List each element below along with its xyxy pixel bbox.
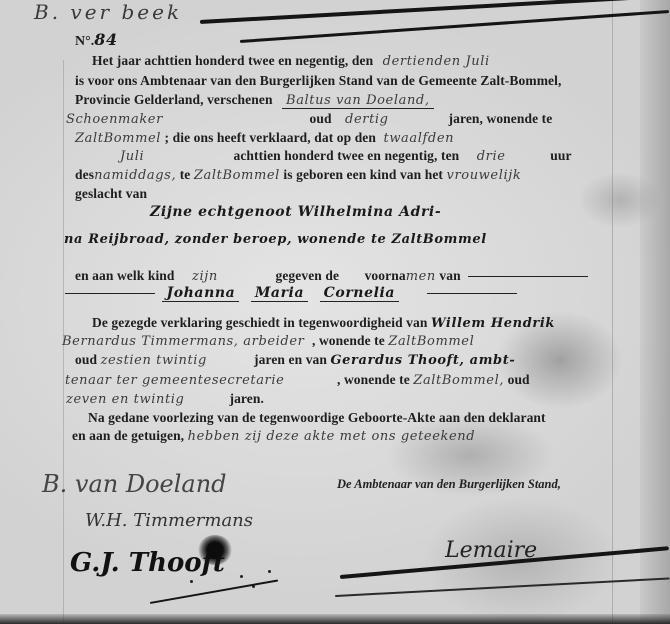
handwritten-sex: vrouwelijk: [447, 168, 522, 183]
handwritten-birth-day: twaalfden: [384, 131, 455, 146]
text-line-16: tenaar ter gemeentesecretarie, wonende t…: [65, 372, 530, 388]
handwritten-birth-month: Juli: [120, 149, 230, 164]
text-line-7: desnamiddags, te ZaltBommel is geboren e…: [75, 167, 521, 183]
handwritten-witness-2-name: Gerardus Thooft, ambt-: [330, 353, 515, 368]
handwritten-witness-1-occupation: Bernardus Timmermans, arbeider: [62, 334, 312, 349]
scanned-birth-certificate: B. ver beek N°.84 Het jaar achttien hond…: [0, 0, 670, 624]
printed-text: oud: [75, 352, 97, 367]
officer-caption: De Ambtenaar van den Burgerlijken Stand,: [337, 477, 561, 492]
ink-speck: [240, 575, 243, 578]
handwritten-birth-place: ZaltBommel: [194, 168, 280, 183]
printed-text: oud: [309, 111, 331, 126]
printed-text: is geboren een kind van het: [283, 167, 443, 182]
ink-stroke: [150, 579, 278, 604]
text-line-14: Bernardus Timmermans, arbeider, wonende …: [62, 333, 474, 349]
text-line-17: zeven en twintig jaren.: [66, 391, 264, 407]
ink-speck: [190, 580, 193, 583]
handwritten-witness-2-residence: ZaltBommel,: [413, 373, 504, 388]
printed-text: , wonende te: [312, 333, 385, 348]
ink-blot: [198, 535, 232, 565]
handwritten-signing-clause: hebben zij deze akte met ons geteekend: [188, 429, 476, 444]
printed-text: , wonende te: [337, 372, 410, 387]
text-line-4: Schoenmaker oud dertig jaren, wonende te: [66, 111, 552, 127]
printed-text: Na gedane voorlezing van de tegenwoordig…: [88, 410, 546, 425]
handwritten-declarant-name: Baltus van Doeland,: [282, 93, 434, 109]
ink-flourish-bottom-2: [335, 577, 670, 597]
record-number: N°.84: [75, 30, 118, 50]
text-line-8: geslacht van: [75, 186, 147, 202]
signature-witness-1: W.H. Timmermans: [85, 510, 253, 531]
ink-flourish-top: [200, 0, 669, 24]
number-value: 84: [94, 30, 117, 49]
text-line-19: en aan de getuigen, hebben zij deze akte…: [72, 428, 475, 444]
printed-text: voorna: [365, 268, 406, 283]
scan-edge-shadow: [0, 614, 670, 624]
handwritten-age: dertig: [345, 112, 445, 127]
printed-text: achttien honderd twee en negentig, ten: [233, 148, 459, 163]
given-name-3: Cornelia: [320, 285, 399, 302]
handwritten-date: dertienden Juli: [383, 54, 490, 69]
handwritten-birth-hour: drie: [477, 149, 547, 164]
given-names-line: Johanna Maria Cornelia: [65, 285, 517, 301]
signature-declarant: B. van Doeland: [42, 470, 227, 498]
printed-text: Het jaar achttien honderd twee en negent…: [92, 53, 373, 68]
printed-text: is voor ons Ambtenaar van den Burgerlijk…: [75, 73, 561, 88]
printed-text: van: [439, 268, 460, 283]
text-line-18: Na gedane voorlezing van de tegenwoordig…: [88, 410, 546, 426]
handwritten-witness-2-occupation: tenaar ter gemeentesecretarie: [65, 373, 337, 388]
printed-text: en aan welk kind: [75, 268, 175, 283]
page-fold-shadow: [640, 0, 670, 624]
text-line-11: en aan welk kind zijn gegeven de voornam…: [75, 268, 588, 284]
printed-text: oud: [508, 372, 530, 387]
handwritten-time-of-day: namiddags,: [94, 168, 176, 183]
blank-rule: [427, 293, 517, 294]
given-name-2: Maria: [251, 285, 308, 302]
printed-text: jaren.: [229, 391, 263, 406]
handwritten-mother-line-1: Zijne echtgenoot Wilhelmina Adri-: [150, 204, 441, 220]
printed-text: gegeven de: [275, 268, 339, 283]
printed-text: geslacht van: [75, 186, 147, 201]
text-line-13: De gezegde verklaring geschiedt in tegen…: [92, 315, 555, 331]
printed-text: uur: [550, 148, 571, 163]
handwritten-witness-1-name: Willem Hendrik: [431, 316, 555, 331]
text-line-5: ZaltBommel ; die ons heeft verklaard, da…: [75, 130, 454, 146]
right-margin-rule: [612, 0, 613, 624]
handwritten-witness-2-age: zeven en twintig: [66, 392, 226, 407]
handwritten-witness-1-age: zestien twintig: [101, 353, 251, 368]
text-line-2: is voor ons Ambtenaar van den Burgerlijk…: [75, 73, 561, 89]
handwritten-suffix: men: [406, 269, 436, 284]
printed-text: Provincie Gelderland, verschenen: [75, 92, 273, 107]
printed-text: De gezegde verklaring geschiedt in tegen…: [92, 315, 427, 330]
text-line-6: Juli achttien honderd twee en negentig, …: [120, 148, 572, 164]
blank-rule: [468, 276, 588, 277]
printed-text: ; die ons heeft verklaard, dat op den: [165, 130, 376, 145]
given-name-1: Johanna: [162, 285, 239, 302]
text-line-1: Het jaar achttien honderd twee en negent…: [92, 53, 490, 69]
printed-text: jaren en van: [254, 352, 327, 367]
handwritten-word: zijn: [192, 269, 272, 284]
printed-text: jaren, wonende te: [449, 111, 553, 126]
printed-text: te: [180, 167, 191, 182]
handwritten-residence: ZaltBommel: [75, 131, 161, 146]
archive-heading: B. ver beek: [34, 0, 182, 24]
handwritten-mother-line-2: na Reijbroad, zonder beroep, wonende te …: [64, 232, 487, 247]
text-line-15: oud zestien twintig jaren en van Gerardu…: [75, 352, 515, 368]
handwritten-occupation: Schoenmaker: [66, 112, 306, 127]
blank-rule: [65, 293, 155, 294]
printed-text: en aan de getuigen,: [72, 428, 184, 443]
printed-text: des: [75, 167, 94, 182]
ink-speck: [268, 570, 271, 573]
number-label: N°.: [75, 34, 94, 49]
text-line-3: Provincie Gelderland, verschenen Baltus …: [75, 92, 434, 108]
handwritten-witness-1-residence: ZaltBommel: [388, 334, 474, 349]
